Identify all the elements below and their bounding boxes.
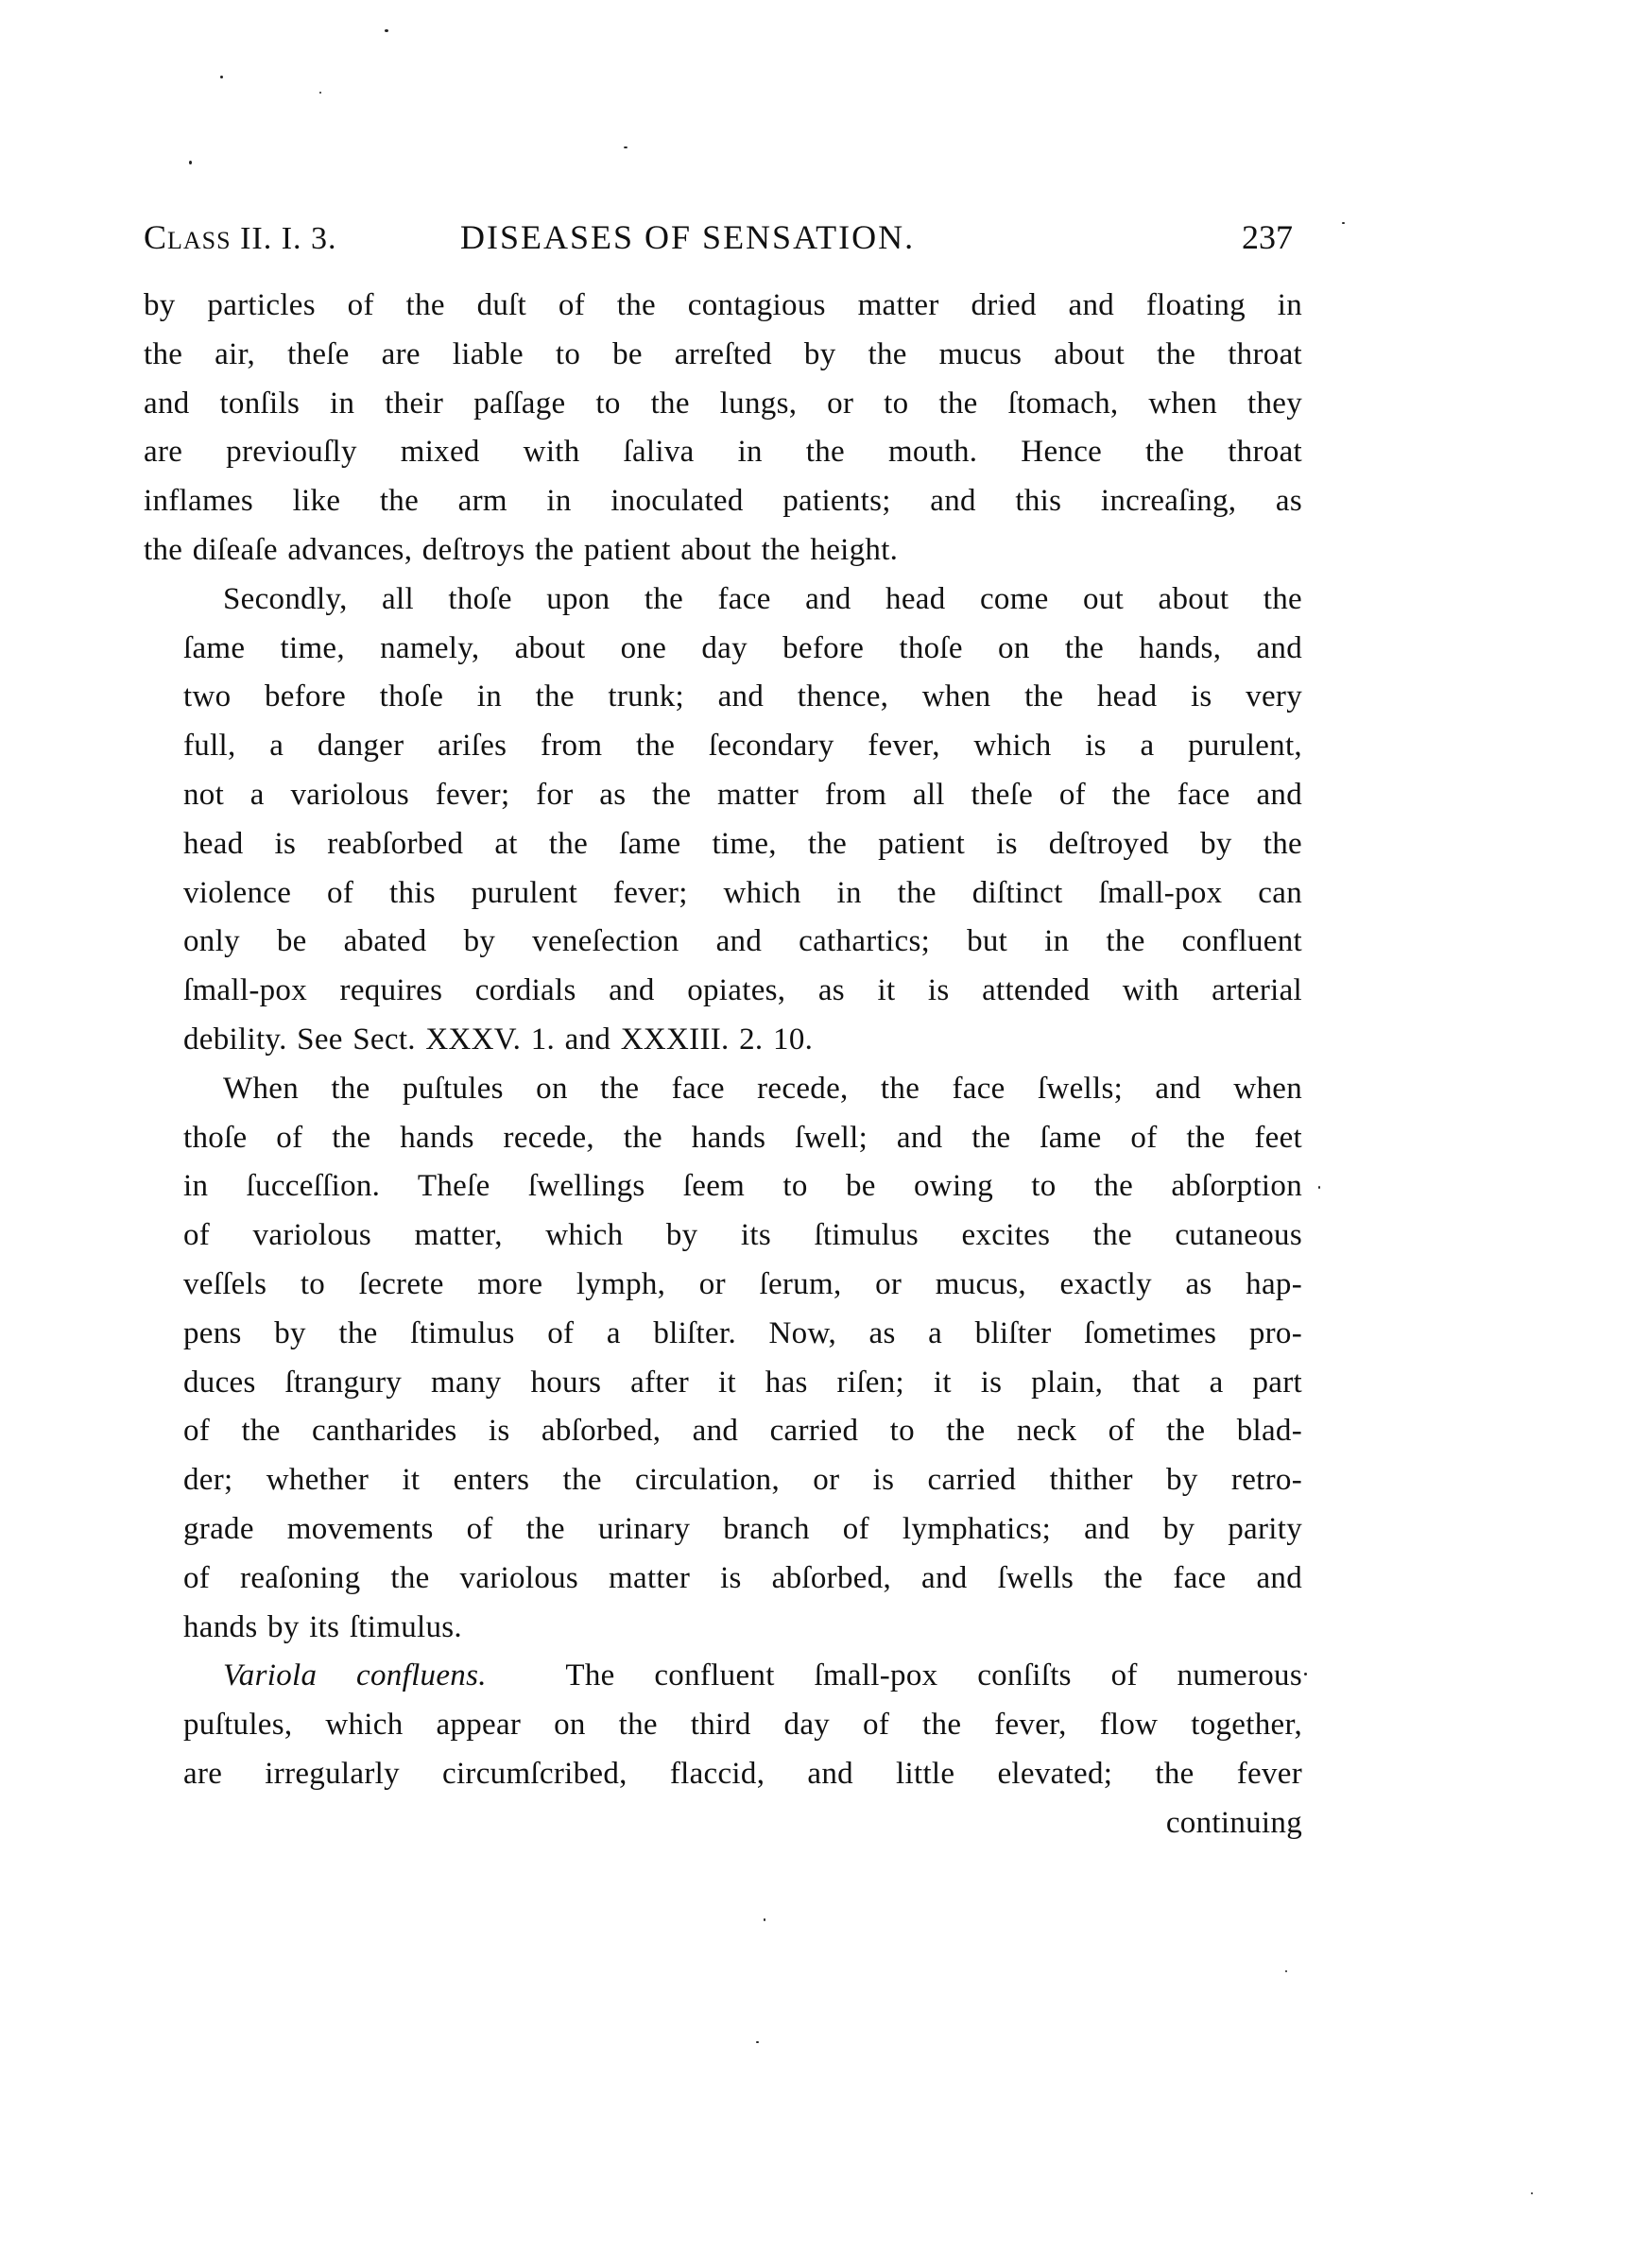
paragraph-1: by particles of the duſt of the contagio…: [144, 282, 1302, 576]
section-lead-italic: Variola confluens.: [223, 1658, 487, 1692]
scan-speck: [220, 76, 223, 78]
text-line: veſſels to ſecrete more lymph, or ſerum,…: [144, 1261, 1302, 1310]
scan-speck: [189, 161, 192, 164]
chapter-title: DISEASES OF SENSATION.: [460, 214, 915, 261]
page-number: 237: [1242, 214, 1293, 261]
text-line: the diſeaſe advances, deſtroys the patie…: [144, 526, 1302, 576]
text-line: Secondly, all thoſe upon the face and he…: [144, 576, 1302, 625]
section-lead-text: The confluent ſmall-pox conſiſts of nume…: [565, 1658, 1302, 1692]
class-label-initial: C: [144, 218, 167, 256]
scan-speck: [1304, 1673, 1307, 1675]
text-line: head is reabſorbed at the ſame time, the…: [144, 820, 1302, 869]
running-head: CLASS II. I. 3. DISEASES OF SENSATION. 2…: [144, 214, 1302, 261]
paragraph-2: Secondly, all thoſe upon the face and he…: [144, 576, 1302, 1065]
text-line: two before thoſe in the trunk; and thenc…: [144, 673, 1302, 722]
paragraph-4: Variola confluens. The confluent ſmall-p…: [144, 1652, 1302, 1847]
scan-speck: [319, 92, 321, 94]
text-line: puſtules, which appear on the third day …: [144, 1701, 1302, 1750]
text-line: of reaſoning the variolous matter is abſ…: [144, 1555, 1302, 1604]
text-line: inflames like the arm in inoculated pati…: [144, 477, 1302, 526]
scan-speck: [1531, 2192, 1533, 2194]
text-line: in ſucceſſion. Theſe ſwellings ſeem to b…: [144, 1162, 1302, 1211]
text-line: of the cantharides is abſorbed, and carr…: [144, 1407, 1302, 1456]
scan-speck: [624, 146, 627, 148]
class-numbering: II. I. 3.: [240, 221, 336, 256]
scan-speck: [1285, 1970, 1287, 1972]
scan-speck: [1318, 1186, 1320, 1189]
text-line: grade movements of the urinary branch of…: [144, 1505, 1302, 1555]
text-line: and tonſils in their paſſage to the lung…: [144, 380, 1302, 429]
text-line: full, a danger ariſes from the ſecondary…: [144, 722, 1302, 771]
scan-speck: [385, 29, 388, 32]
text-line: duces ſtrangury many hours after it has …: [144, 1359, 1302, 1408]
text-line: ſmall-pox requires cordials and opiates,…: [144, 967, 1302, 1016]
text-line: ſame time, namely, about one day before …: [144, 625, 1302, 674]
text-line: the air, theſe are liable to be arreſted…: [144, 331, 1302, 380]
text-line: violence of this purulent fever; which i…: [144, 869, 1302, 919]
scan-speck: [756, 2041, 759, 2043]
text-line: der; whether it enters the circulation, …: [144, 1456, 1302, 1505]
cross-reference-line: debility. See Sect. XXXV. 1. and XXXIII.…: [144, 1016, 1302, 1065]
text-line: of variolous matter, which by its ſtimul…: [144, 1211, 1302, 1261]
paragraph-3: When the puſtules on the face recede, th…: [144, 1065, 1302, 1653]
scan-speck: [1342, 222, 1345, 224]
text-line: only be abated by veneſection and cathar…: [144, 918, 1302, 967]
catchword: continuing: [144, 1799, 1302, 1848]
text-line: hands by its ſtimulus.: [144, 1604, 1302, 1653]
text-line: are previouſly mixed with ſaliva in the …: [144, 428, 1302, 477]
text-line: Variola confluens. The confluent ſmall-p…: [144, 1652, 1302, 1701]
text-line: thoſe of the hands recede, the hands ſwe…: [144, 1114, 1302, 1163]
text-line: are irregularly circumſcribed, flaccid, …: [144, 1750, 1302, 1799]
class-reference: CLASS II. I. 3.: [144, 214, 337, 265]
class-label-smallcaps: LASS: [167, 227, 232, 254]
body-text: by particles of the duſt of the contagio…: [144, 282, 1302, 1848]
text-line: not a variolous fever; for as the matter…: [144, 771, 1302, 820]
text-line: pens by the ſtimulus of a bliſter. Now, …: [144, 1310, 1302, 1359]
text-line: When the puſtules on the face recede, th…: [144, 1065, 1302, 1114]
scan-speck: [764, 1918, 765, 1921]
text-line: by particles of the duſt of the contagio…: [144, 282, 1302, 331]
